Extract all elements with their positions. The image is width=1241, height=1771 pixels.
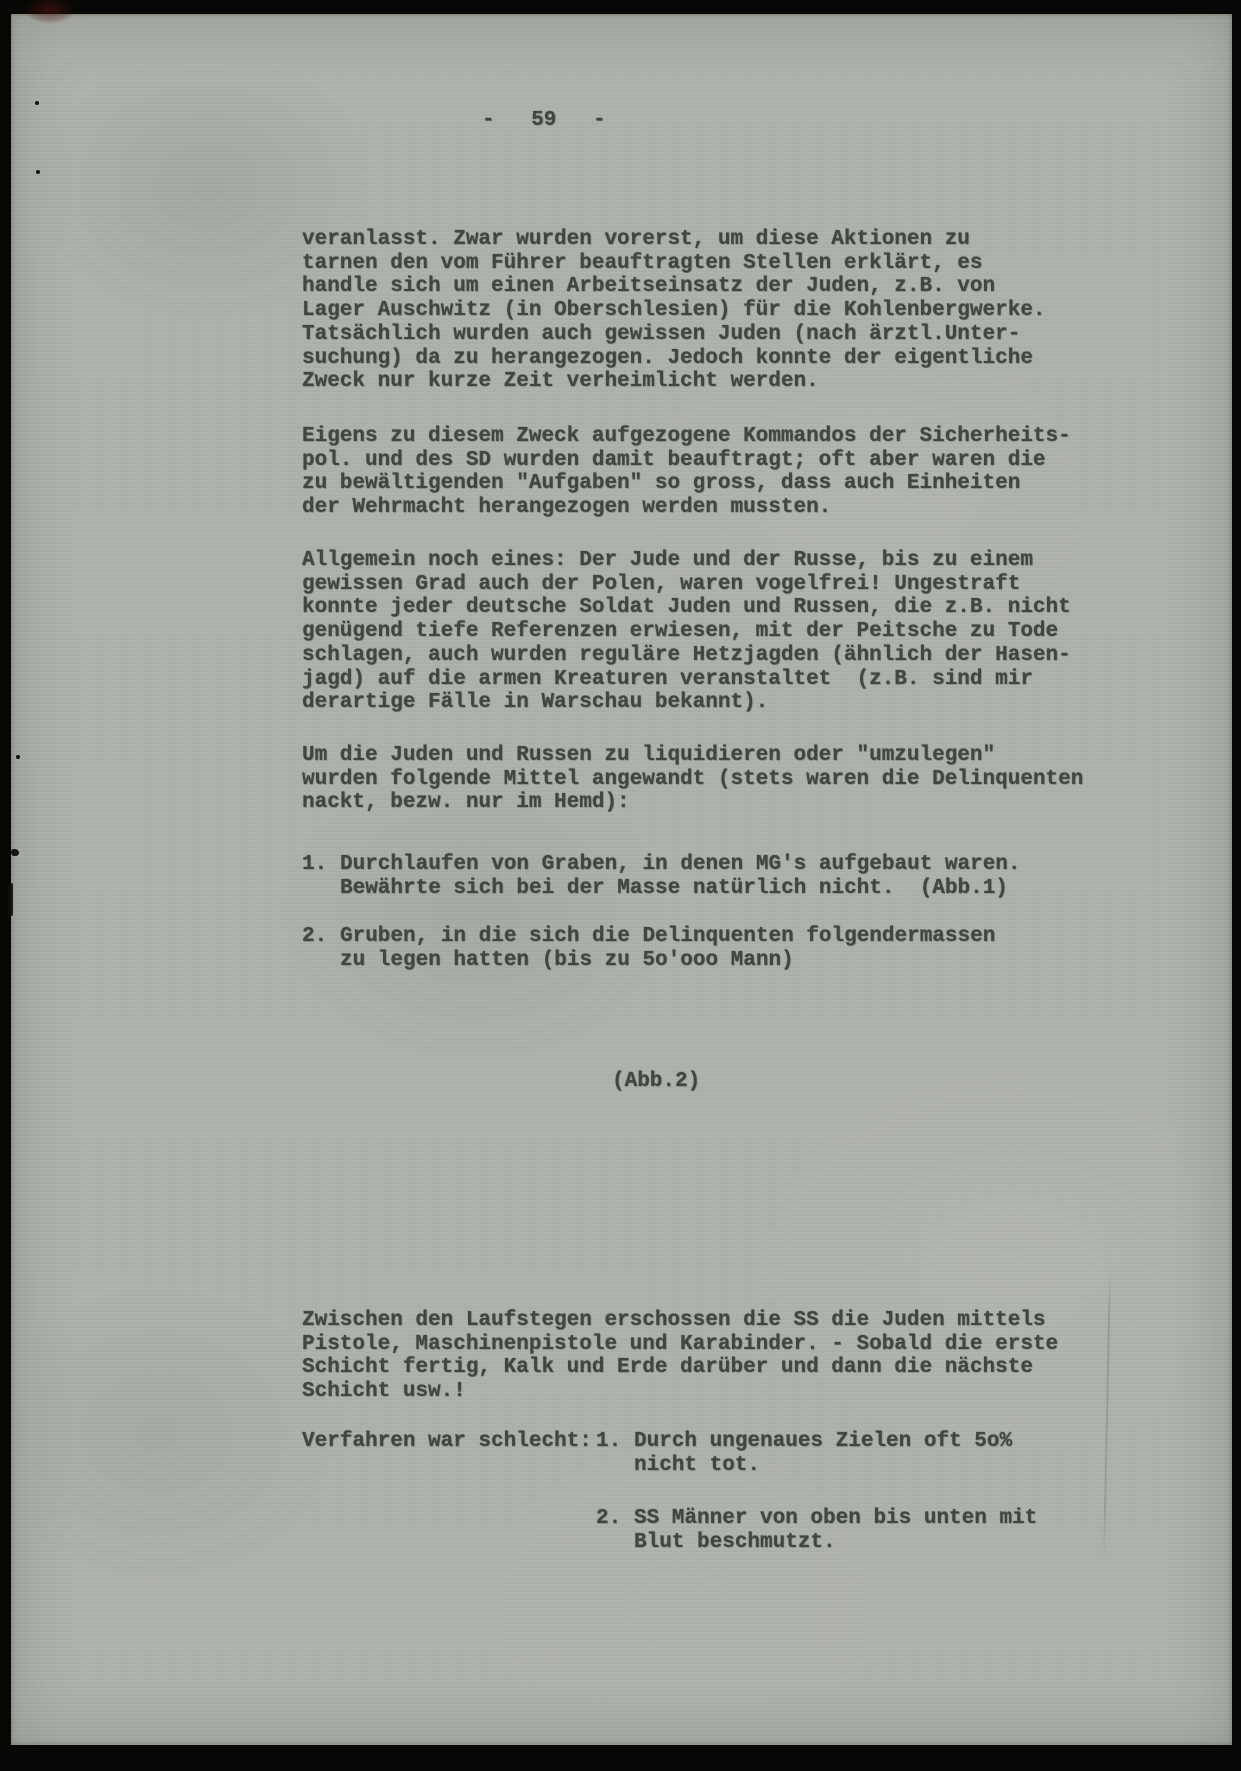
verdict-item-2-marker: 2. — [596, 1507, 634, 1554]
numbered-item-2-marker: 2. — [302, 925, 340, 972]
typewritten-text-layer: - 59 - veranlasst. Zwar wurden vorerst, … — [0, 0, 1241, 1771]
verdict-item-2: 2. SS Männer von oben bis unten mit Blut… — [596, 1507, 1037, 1554]
numbered-item-1: 1. Durchlaufen von Graben, in denen MG's… — [302, 853, 1021, 900]
verdict-item-1-text: Durch ungenaues Zielen oft 5o% nicht tot… — [634, 1430, 1012, 1477]
numbered-item-1-marker: 1. — [302, 853, 340, 900]
paragraph-3: Allgemein noch eines: Der Jude und der R… — [302, 549, 1071, 715]
paragraph-4: Um die Juden und Russen zu liquidieren o… — [302, 744, 1083, 815]
paragraph-5: Zwischen den Laufstegen erschossen die S… — [302, 1309, 1058, 1404]
verdict-item-2-text: SS Männer von oben bis unten mit Blut be… — [634, 1507, 1037, 1554]
numbered-item-2: 2. Gruben, in die sich die Delinquenten … — [302, 925, 995, 972]
verdict-item-1-marker: 1. — [596, 1430, 634, 1477]
scanned-document-page: - 59 - veranlasst. Zwar wurden vorerst, … — [0, 0, 1241, 1771]
figure-2-label: (Abb.2) — [612, 1070, 700, 1094]
verdict-item-1: 1. Durch ungenaues Zielen oft 5o% nicht … — [596, 1430, 1012, 1477]
verdict-label: Verfahren war schlecht: — [302, 1430, 592, 1454]
page-number: - 59 - — [482, 109, 606, 133]
numbered-item-1-text: Durchlaufen von Graben, in denen MG's au… — [340, 853, 1021, 900]
numbered-item-2-text: Gruben, in die sich die Delinquenten fol… — [340, 925, 995, 972]
paragraph-2: Eigens zu diesem Zweck aufgezogene Komma… — [302, 425, 1071, 520]
paragraph-1: veranlasst. Zwar wurden vorerst, um dies… — [302, 228, 1046, 394]
